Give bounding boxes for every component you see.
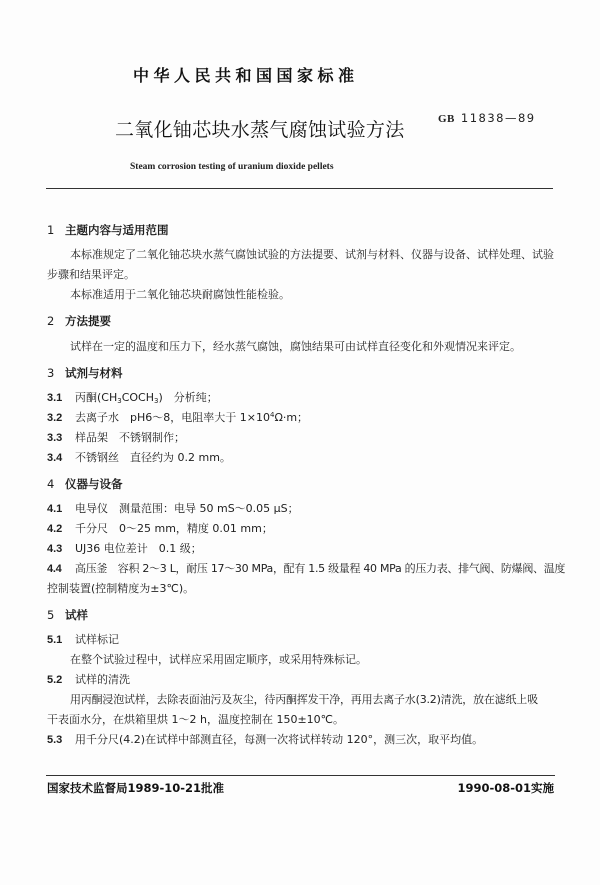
document-page: 中华人民共和国国家标准 GB11838—89 二氧化铀芯块水蒸气腐蚀试验方法 S… — [0, 0, 600, 885]
clause-4-4: 4.4高压釜 容积 2～3 L，耐压 17～30 MPa，配有 1.5 级量程 … — [47, 560, 565, 576]
section-5-heading: 5试样 — [47, 607, 88, 623]
header-divider — [46, 188, 553, 189]
section-2-paragraph: 试样在一定的温度和压力下，经水蒸气腐蚀，腐蚀结果可由试样直径变化和外观情况来评定… — [70, 338, 521, 354]
section-1-paragraph: 本标准规定了二氧化铀芯块水蒸气腐蚀试验的方法提要、试剂与材料、仪器与设备、试样处… — [70, 246, 554, 262]
national-standard-label: 中华人民共和国国家标准 — [133, 63, 359, 86]
clause-5-2-body: 干表面水分，在烘箱里烘 1～2 h，温度控制在 150±10℃。 — [47, 711, 344, 727]
section-1-heading: 1主题内容与适用范围 — [47, 222, 169, 238]
approval-info: 国家技术监督局1989-10-21批准 — [47, 780, 224, 796]
clause-4-3: 4.3UJ36 电位差计 0.1 级； — [47, 540, 202, 556]
clause-4-1: 4.1电导仪 测量范围：电导 50 mS～0.05 μS； — [47, 500, 299, 516]
clause-3-4: 3.4不锈钢丝 直径约为 0.2 mm。 — [47, 449, 231, 465]
clause-3-3: 3.3样品架 不锈钢制作； — [47, 429, 185, 445]
clause-3-2: 3.2去离子水 pH6～8，电阻率大于 1×104Ω·m； — [47, 409, 308, 425]
section-1-paragraph: 步骤和结果评定。 — [47, 266, 135, 282]
clause-4-2: 4.2千分尺 0～25 mm，精度 0.01 mm； — [47, 520, 273, 536]
section-4-heading: 4仪器与设备 — [47, 476, 123, 492]
standard-code-number: 11838—89 — [461, 111, 536, 125]
clause-5-1: 5.1试样标记 — [47, 631, 119, 647]
effective-date: 1990-08-01实施 — [457, 780, 554, 796]
section-2-heading: 2方法提要 — [47, 313, 111, 329]
section-1-paragraph: 本标准适用于二氧化铀芯块耐腐蚀性能检验。 — [70, 286, 290, 302]
document-title-english: Steam corrosion testing of uranium dioxi… — [130, 162, 334, 172]
standard-code: GB11838—89 — [438, 111, 536, 126]
footer-divider — [46, 775, 555, 776]
clause-5-1-body: 在整个试验过程中，试样应采用固定顺序，或采用特殊标记。 — [70, 651, 367, 667]
section-3-heading: 3试剂与材料 — [47, 365, 123, 381]
clause-5-3: 5.3用千分尺(4.2)在试样中部测直径，每测一次将试样转动 120°，测三次，… — [47, 731, 483, 747]
document-title: 二氧化铀芯块水蒸气腐蚀试验方法 — [115, 115, 405, 142]
clause-4-4-continued: 控制装置(控制精度为±3℃)。 — [47, 580, 194, 596]
clause-3-1: 3.1丙酮(CH3COCH3) 分析纯； — [47, 389, 218, 405]
clause-5-2: 5.2试样的清洗 — [47, 671, 130, 687]
standard-code-prefix: GB — [438, 113, 455, 125]
clause-5-2-body: 用丙酮浸泡试样，去除表面油污及灰尘，待丙酮挥发干净，再用去离子水(3.2)清洗，… — [70, 691, 538, 707]
